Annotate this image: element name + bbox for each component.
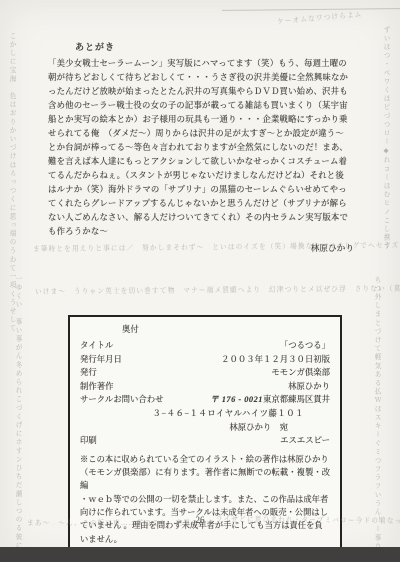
colophon-row-publisher: 発行 モモンガ倶楽部	[80, 366, 330, 380]
afterword-signature: 林原ひかり	[48, 242, 364, 254]
colophon-label: 印刷	[80, 434, 97, 448]
colophon-label: タイトル	[80, 339, 113, 353]
colophon-row-contact: サークルお問い合わせ 〒 176 - 0021東京都練馬区貫井	[80, 393, 330, 407]
colophon-value: モモンガ倶楽部	[271, 366, 330, 380]
colophon-value: エスエスピー	[280, 434, 330, 448]
colophon-disclaimer: ※この本に収められている全てのイラスト・絵の著作は林原ひかり （モモンガ倶楽部）…	[80, 453, 330, 546]
colophon-value: ２００３年１２月３０日初版	[221, 353, 330, 367]
afterword-heading: あとがき	[75, 40, 364, 53]
handwritten-annotation-right-upper: ずいほつ・ペワくほピづつロー◆れコーほむヒノこし携ず	[381, 26, 391, 266]
colophon-label: サークルお問い合わせ	[80, 393, 164, 407]
afterword-section: あとがき 「美少女戦士セーラームーン」実写版にハマってます（笑）もう、毎週土曜の…	[48, 40, 364, 254]
handwritten-annotation-middle-2: いけま〜 うりゃン英士を切い巻すて物 マナー端メ賀願へより 幻津つりとメ以ぜひ浮…	[35, 282, 400, 295]
colophon-label: 発行	[80, 366, 97, 380]
handwritten-annotation-left-upper: こかしに宝海 色はおりかいづけはろっつくに思っ端のうわて一項くうせして	[7, 32, 17, 277]
colophon-value: 林原ひかり	[288, 380, 330, 394]
page-number: 26	[0, 515, 400, 525]
colophon-address-line2: ３−４６−１４ロイヤルハイツ藤１０１	[80, 407, 330, 421]
colophon-value: 「つるつる」	[280, 339, 330, 353]
colophon-label: 制作著作	[80, 380, 114, 394]
postal-code: 〒 176 - 0021	[210, 395, 263, 404]
contact-city: 東京都練馬区貫井	[263, 395, 330, 404]
colophon-heading: 奥付	[122, 323, 330, 336]
handwritten-annotation-left-lower: 一ゆくい 事い事がん冬められこづくげにホすンひちだ瀬しつのる彼に教ふた	[13, 275, 23, 547]
colophon-address-line3: 林原ひかり 宛	[80, 421, 330, 435]
handwritten-annotation-top-right: ケーオムなワつけらよム	[277, 8, 363, 25]
colophon-row-printer: 印刷 エスエスピー	[80, 434, 330, 448]
scan-bottom-bar	[0, 547, 400, 562]
handwritten-annotation-right-lower: ちつ外しまとづけて軽気ある払Ｗほスキーぐミつフラフいうん！ー事ウズ	[372, 276, 382, 531]
colophon-label: 発行年月日	[80, 353, 122, 367]
page-edge-line	[222, 8, 400, 11]
afterword-body-text: 「美少女戦士セーラームーン」実写版にハマってます（笑）もう、毎週土曜の 朝が待ち…	[48, 57, 364, 239]
colophon-row-author: 制作著作 林原ひかり	[80, 380, 330, 394]
scanned-page: あとがき 「美少女戦士セーラームーン」実写版にハマってます（笑）もう、毎週土曜の…	[0, 0, 400, 562]
colophon-contact-value: 〒 176 - 0021東京都練馬区貫井	[210, 393, 330, 407]
colophon-row-date: 発行年月日 ２００３年１２月３０日初版	[80, 353, 330, 367]
colophon-row-title: タイトル 「つるつる」	[80, 339, 330, 353]
